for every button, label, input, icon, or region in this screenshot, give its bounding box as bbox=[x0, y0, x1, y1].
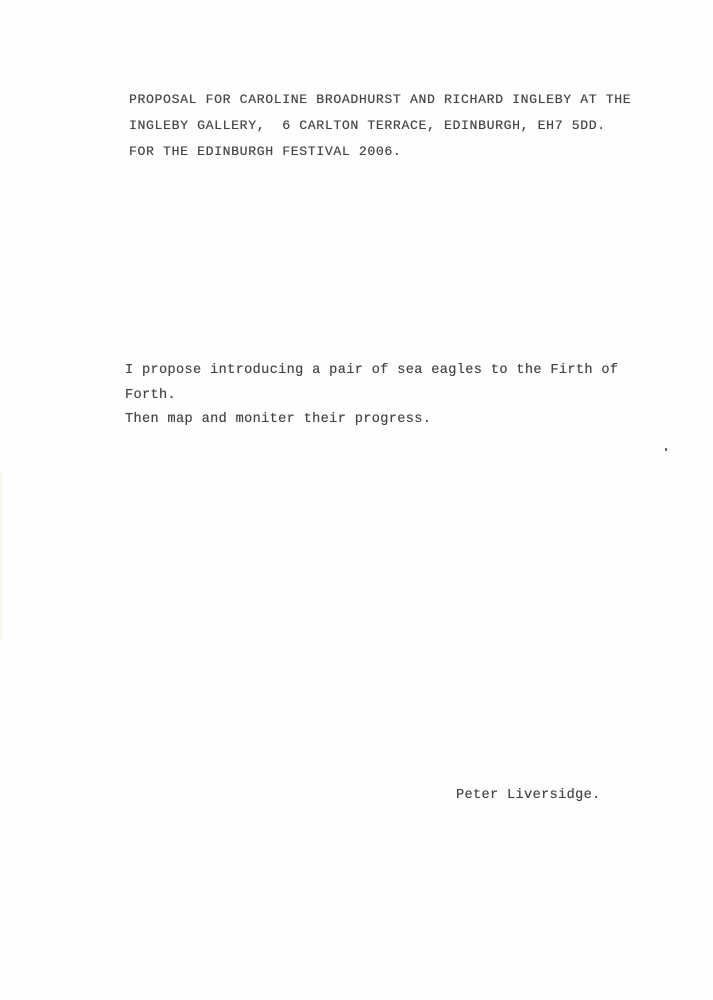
heading-line: FOR THE EDINBURGH FESTIVAL 2006. bbox=[129, 145, 401, 158]
paper-edge bbox=[0, 470, 3, 640]
ink-speck bbox=[665, 448, 667, 451]
heading-line: INGLEBY GALLERY, 6 CARLTON TERRACE, EDIN… bbox=[129, 119, 606, 132]
body-line: Forth. bbox=[125, 389, 176, 403]
typewritten-page: PROPOSAL FOR CAROLINE BROADHURST AND RIC… bbox=[0, 0, 713, 1000]
heading-line: PROPOSAL FOR CAROLINE BROADHURST AND RIC… bbox=[129, 93, 631, 106]
body-line: I propose introducing a pair of sea eagl… bbox=[125, 364, 618, 378]
signature: Peter Liversidge. bbox=[456, 789, 601, 803]
body-line: Then map and moniter their progress. bbox=[125, 413, 431, 427]
